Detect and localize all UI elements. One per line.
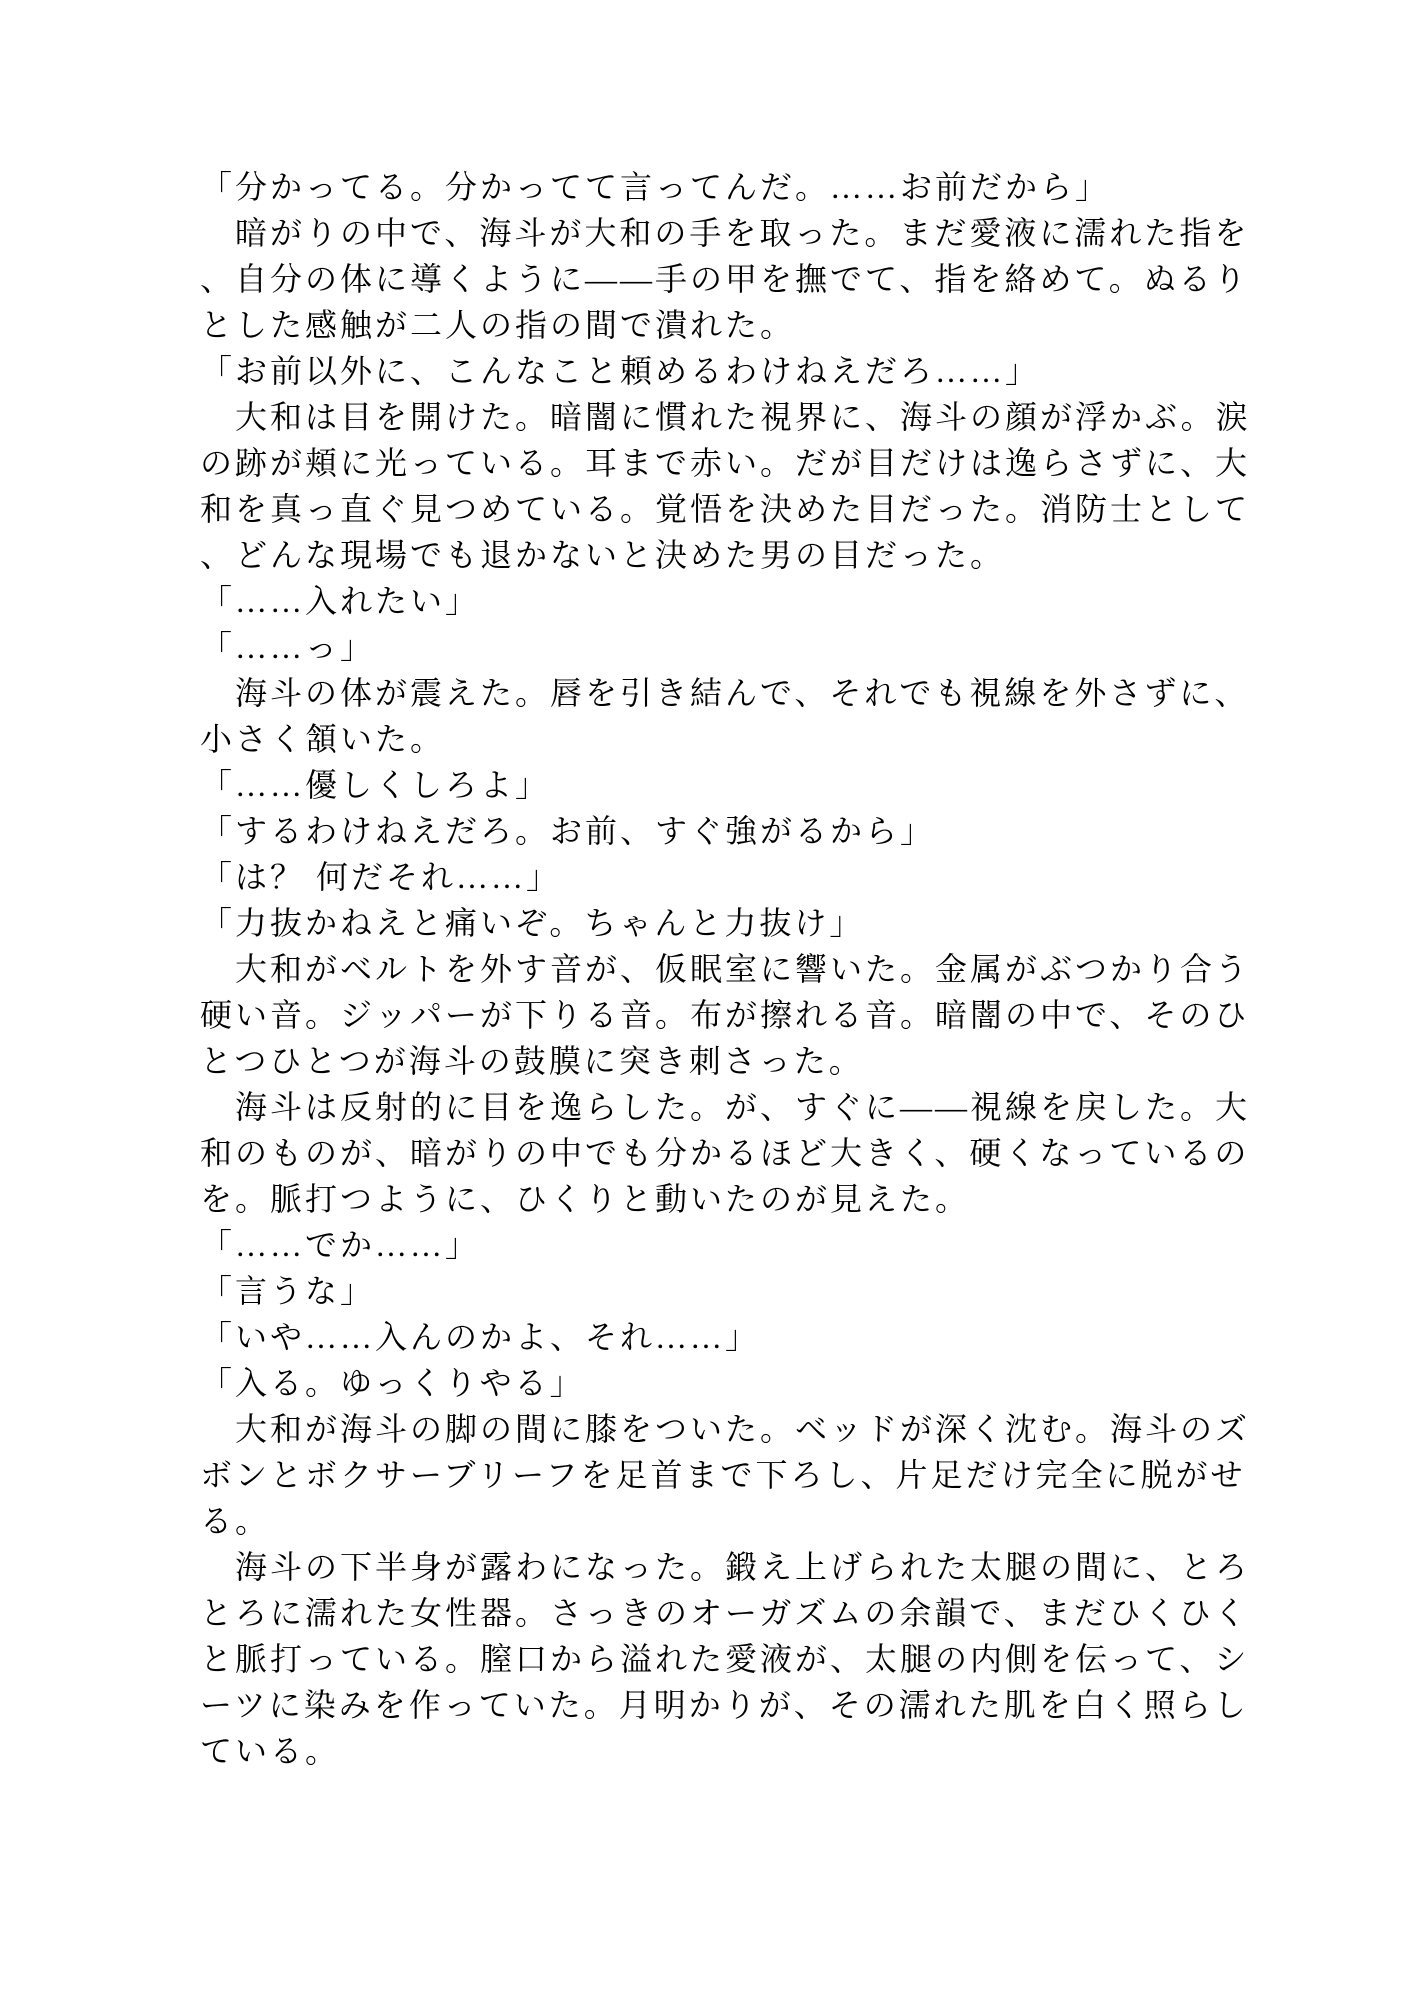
document-page: 「分かってる。分かってて言ってんだ。……お前だから」 暗がりの中で、海斗が大和の… [0,0,1415,2000]
text-line: の跡が頬に光っている。耳まで赤い。だが目だけは逸らさずに、大 [200,440,1275,486]
text-line: 「入る。ゆっくりやる」 [200,1360,1275,1406]
text-line: 「力抜かねえと痛いぞ。ちゃんと力抜け」 [200,900,1275,946]
text-line: 「するわけねえだろ。お前、すぐ強がるから」 [200,808,1275,854]
text-line: 、どんな現場でも退かないと決めた男の目だった。 [200,532,1275,578]
text-line: 大和が海斗の脚の間に膝をついた。ベッドが深く沈む。海斗のズ [200,1406,1275,1452]
text-line: 「お前以外に、こんなこと頼めるわけねえだろ……」 [200,348,1275,394]
text-line: 「……でか……」 [200,1222,1275,1268]
text-line: とろに濡れた女性器。さっきのオーガズムの余韻で、まだひくひく [200,1590,1275,1636]
text-line: 小さく頷いた。 [200,716,1275,762]
text-line: と脈打っている。膣口から溢れた愛液が、太腿の内側を伝って、シ [200,1636,1275,1682]
text-line: 海斗の下半身が露わになった。鍛え上げられた太腿の間に、とろ [200,1544,1275,1590]
text-line: 硬い音。ジッパーが下りる音。布が擦れる音。暗闇の中で、そのひ [200,992,1275,1038]
text-line: 大和がベルトを外す音が、仮眠室に響いた。金属がぶつかり合う [200,946,1275,992]
text-line: 「分かってる。分かってて言ってんだ。……お前だから」 [200,164,1275,210]
text-line: 「……っ」 [200,624,1275,670]
text-line: ている。 [200,1728,1275,1774]
text-line: る。 [200,1498,1275,1544]
text-line: を。脈打つように、ひくりと動いたのが見えた。 [200,1176,1275,1222]
body-text: 「分かってる。分かってて言ってんだ。……お前だから」 暗がりの中で、海斗が大和の… [200,164,1275,1774]
text-line: 「言うな」 [200,1268,1275,1314]
text-line: とつひとつが海斗の鼓膜に突き刺さった。 [200,1038,1275,1084]
text-line: 「……優しくしろよ」 [200,762,1275,808]
text-line: 、自分の体に導くように——手の甲を撫でて、指を絡めて。ぬるり [200,256,1275,302]
text-line: ーツに染みを作っていた。月明かりが、その濡れた肌を白く照らし [200,1682,1275,1728]
text-line: 「……入れたい」 [200,578,1275,624]
text-line: 和を真っ直ぐ見つめている。覚悟を決めた目だった。消防士として [200,486,1275,532]
text-line: 暗がりの中で、海斗が大和の手を取った。まだ愛液に濡れた指を [200,210,1275,256]
text-line: 大和は目を開けた。暗闇に慣れた視界に、海斗の顔が浮かぶ。涙 [200,394,1275,440]
text-line: ボンとボクサーブリーフを足首まで下ろし、片足だけ完全に脱がせ [200,1452,1275,1498]
text-line: 海斗は反射的に目を逸らした。が、すぐに——視線を戻した。大 [200,1084,1275,1130]
text-line: とした感触が二人の指の間で潰れた。 [200,302,1275,348]
text-line: 和のものが、暗がりの中でも分かるほど大きく、硬くなっているの [200,1130,1275,1176]
text-line: 海斗の体が震えた。唇を引き結んで、それでも視線を外さずに、 [200,670,1275,716]
text-line: 「いや……入んのかよ、それ……」 [200,1314,1275,1360]
text-line: 「は？ 何だそれ……」 [200,854,1275,900]
